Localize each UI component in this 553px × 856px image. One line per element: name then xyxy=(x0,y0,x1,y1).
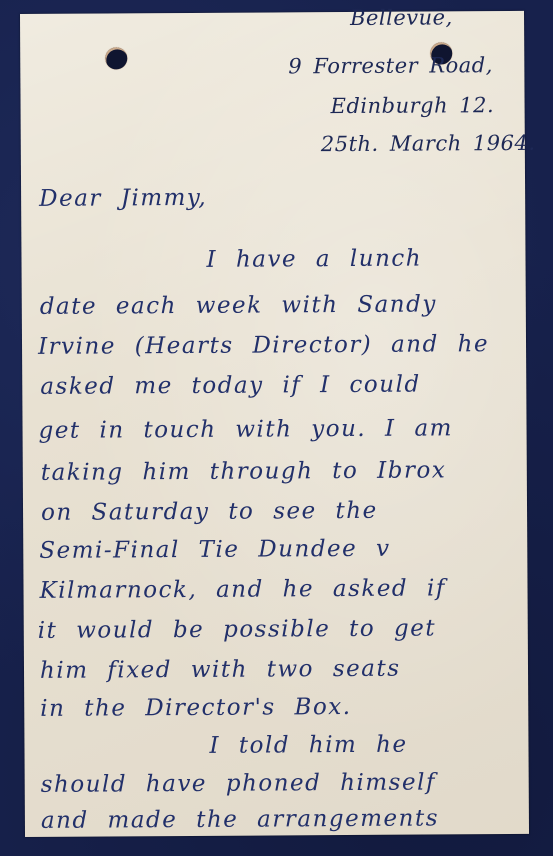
address-house-name: Bellevue, xyxy=(350,7,453,29)
body-line: him fixed with two seats xyxy=(40,658,401,683)
body-line: taking him through to Ibrox xyxy=(41,459,447,484)
address-city: Edinburgh 12. xyxy=(331,95,495,117)
body-line: Semi-Final Tie Dundee v xyxy=(39,538,390,563)
body-line: Kilmarnock, and he asked if xyxy=(39,577,445,602)
address-street: 9 Forrester Road, xyxy=(288,55,493,77)
body-line: Irvine (Hearts Director) and he xyxy=(38,333,489,359)
letter-date: 25th. March 1964. xyxy=(321,133,536,155)
body-line: I have a lunch xyxy=(206,248,422,272)
letter-paper: Bellevue, 9 Forrester Road, Edinburgh 12… xyxy=(20,11,529,837)
body-line: and made the arrangements xyxy=(41,807,439,832)
body-line: in the Director's Box. xyxy=(40,696,351,721)
body-line: I told him he xyxy=(209,734,407,758)
body-line: on Saturday to see the xyxy=(41,500,378,525)
body-line: asked me today if I could xyxy=(40,374,420,399)
body-line: get in touch with you. I am xyxy=(38,417,453,443)
salutation: Dear Jimmy, xyxy=(39,187,207,211)
punch-hole-left xyxy=(105,47,127,69)
body-line: should have phoned himself xyxy=(41,771,436,796)
body-line: date each week with Sandy xyxy=(40,293,437,318)
body-line: it would be possible to get xyxy=(38,617,436,642)
